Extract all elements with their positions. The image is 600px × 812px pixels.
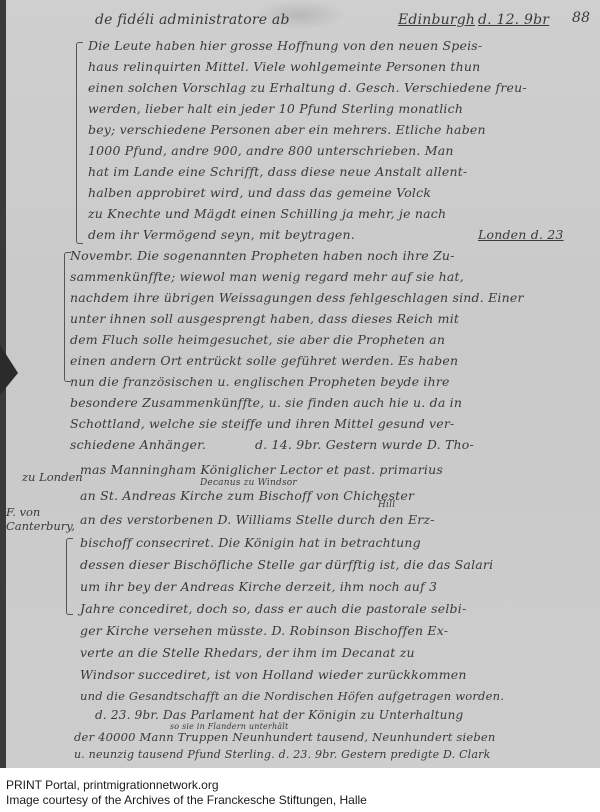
- manuscript-line: unter ihnen soll ausgesprengt haben, das…: [70, 311, 459, 326]
- margin-note: zu Londen: [22, 470, 83, 484]
- header-date: d. 12. 9br: [478, 12, 549, 28]
- margin-bracket: [76, 42, 83, 244]
- header-prefix: de fidéli administratore ab: [95, 12, 290, 28]
- manuscript-line: und die Gesandtschafft an die Nordischen…: [80, 689, 504, 703]
- handwritten-text: de fidéli administratore ab Edinburgh d.…: [0, 0, 600, 768]
- manuscript-line: ger Kirche versehen müsste. D. Robinson …: [80, 623, 448, 638]
- caption-source: PRINT Portal, printmigrationnetwork.org: [6, 778, 367, 793]
- interlinear-note: Hill: [378, 500, 395, 510]
- caption-credit: Image courtesy of the Archives of the Fr…: [6, 793, 367, 808]
- manuscript-line: verte an die Stelle Rhedars, der ihm im …: [80, 645, 415, 660]
- manuscript-line: zu Knechte und Mägdt einen Schilling ja …: [88, 206, 446, 221]
- page-number: 88: [572, 10, 590, 26]
- manuscript-line: 1000 Pfund, andre 900, andre 800 untersc…: [88, 143, 454, 158]
- dateline-london: Londen d. 23: [478, 227, 564, 242]
- manuscript-line: dessen dieser Bischöfliche Stelle gar dü…: [80, 557, 493, 572]
- manuscript-scan: de fidéli administratore ab Edinburgh d.…: [0, 0, 600, 768]
- manuscript-line: bischoff consecriret. Die Königin hat in…: [80, 535, 421, 550]
- manuscript-line: um ihr bey der Andreas Kirche derzeit, i…: [80, 579, 437, 594]
- manuscript-line: Die Leute haben hier grosse Hoffnung von…: [88, 38, 482, 53]
- manuscript-line: dem Fluch solle heimgesuchet, sie aber d…: [70, 332, 445, 347]
- image-caption: PRINT Portal, printmigrationnetwork.org …: [6, 778, 367, 808]
- manuscript-line: Schottland, welche sie steiffe und ihren…: [70, 416, 454, 431]
- manuscript-line: Windsor succediret, ist von Holland wied…: [80, 667, 467, 682]
- manuscript-line: nachdem ihre übrigen Weissagungen dess f…: [70, 290, 524, 305]
- manuscript-line: werden, lieber halt ein jeder 10 Pfund S…: [88, 101, 463, 116]
- manuscript-line: besondere Zusammenkünffte, u. sie finden…: [70, 395, 462, 410]
- margin-note: F. von Canterbury,: [6, 505, 66, 533]
- manuscript-line: u. neunzig tausend Pfund Sterling. d. 23…: [74, 748, 491, 761]
- manuscript-line: bey; verschiedene Personen aber ein mehr…: [88, 122, 486, 137]
- manuscript-line: mas Manningham Königlicher Lector et pas…: [80, 462, 443, 477]
- manuscript-line: hat im Lande eine Schrifft, dass diese n…: [88, 164, 467, 179]
- header-place: Edinburgh: [398, 12, 475, 28]
- manuscript-line: sammenkünffte; wiewol man wenig regard m…: [70, 269, 464, 284]
- manuscript-line: halben approbiret wird, und dass das gem…: [88, 185, 431, 200]
- manuscript-line: einen andern Ort entrückt solle geführet…: [70, 353, 458, 368]
- manuscript-line: an des verstorbenen D. Williams Stelle d…: [80, 512, 435, 527]
- manuscript-line: haus relinquirten Mittel. Viele wohlgeme…: [88, 59, 480, 74]
- manuscript-line: einen solchen Vorschlag zu Erhaltung d. …: [88, 80, 527, 95]
- manuscript-line: schiedene Anhänger.: [70, 437, 206, 452]
- margin-bracket: [66, 538, 73, 615]
- manuscript-line: Novembr. Die sogenannten Propheten haben…: [70, 248, 455, 263]
- manuscript-line: Jahre concediret, doch so, dass er auch …: [80, 601, 466, 616]
- manuscript-line: nun die französischen u. englischen Prop…: [70, 374, 450, 389]
- manuscript-line: d. 14. 9br. Gestern wurde D. Tho-: [255, 437, 474, 452]
- manuscript-line: d. 23. 9br. Das Parlament hat der Königi…: [95, 708, 463, 722]
- manuscript-line: der 40000 Mann Truppen Neunhundert tause…: [74, 730, 496, 744]
- manuscript-line: dem ihr Vermögend seyn, mit beytragen.: [88, 227, 355, 242]
- manuscript-line: an St. Andreas Kirche zum Bischoff von C…: [80, 488, 414, 503]
- interlinear-note: Decanus zu Windsor: [200, 478, 297, 488]
